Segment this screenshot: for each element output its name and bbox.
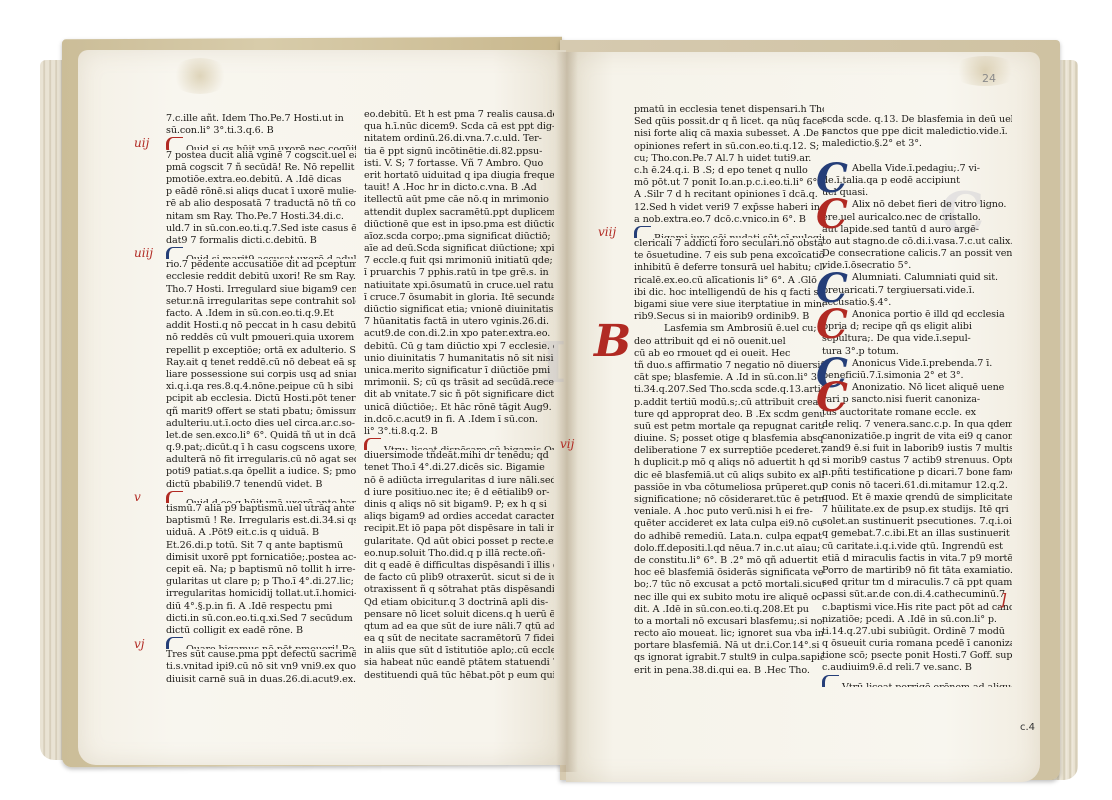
- text-line: Bigami iure cōi nudati sūt oī pulegio: [634, 226, 824, 238]
- text-line: qs ignorat igrabit.7 stult9 in culpa.sap…: [634, 652, 824, 664]
- text-line: passiōe in vba cōtumeliosa prūperet.qui: [634, 482, 824, 494]
- text-line: te ōsuetudine. 7 eis sub pena excoīcatiō…: [634, 250, 824, 262]
- text-line: rari p sancto.nisi fuerit canoniza-: [822, 394, 1012, 406]
- text-line: setur.nā irregularitas sepe contrahit so…: [166, 296, 356, 308]
- text-line-content: p conis nō taceri.61.di.mitamur 12.q.2.: [822, 480, 1008, 491]
- text-line-content: Et.26.di.p totū. Sit 7 q ante baptismū: [166, 540, 343, 551]
- text-line-content: d iure positiuo.nec ite; ē d eētialib9 o…: [364, 487, 549, 498]
- text-line-content: diū 4°.§.p.in fi. A .Idē respectu pmi: [166, 601, 332, 612]
- text-line: tismū.7 aliā p9 baptismū.uel utrāq ante: [166, 503, 356, 515]
- text-line-content: ea q sūt de necitate sacramētorū 7 fidei…: [364, 633, 554, 644]
- text-line: liare possessione sui corpis usq ad snia…: [166, 369, 356, 381]
- text-line: isti. V. S; 7 fortasse. Vñ 7 Ambro. Quo: [364, 158, 554, 170]
- text-line-content: sed qritur tm d miraculis.7 cā ppt quam: [822, 577, 1012, 588]
- text-line: qtum ad ea que sūt de iure nāli.7 qtū ad: [364, 621, 554, 633]
- text-line-content: cu; Tho.con.Pe.7 Al.7 h uidet tuti9.ar.: [634, 153, 811, 164]
- text-line-content: deo attribuit qd ei nō ouenit.uel: [634, 336, 786, 347]
- text-line-content: ecclesie reddit debitū uxori! Re sm Ray.: [166, 271, 356, 282]
- text-line-content: diūctionē que est in ipso.pma est diūcti…: [364, 219, 554, 230]
- margin-rubric-numeral: uiij: [134, 246, 153, 260]
- text-line-content: Alumniati. Calumniati quid sit.: [852, 272, 998, 283]
- text-line-content: setur.nā irregularitas sepe contrahit so…: [166, 296, 356, 307]
- text-line-content: Anonica portio ē illd qd ecclesia: [852, 309, 1005, 320]
- text-line: Vtru; liceat dispēsare cū bigamis.Quis: [364, 438, 554, 450]
- text-line: dictū pbabili9.7 tenendū videt. B: [166, 479, 356, 491]
- text-line-content: xi.q.i.qa res.8.q.4.nōne.peipue cū h sib…: [166, 381, 353, 392]
- text-line: Qd etiam obicitur.q 3 doctrinā apli dis-: [364, 597, 554, 609]
- painted-initial-red: [166, 491, 183, 503]
- text-line: ppria d; recipe qñ qs eligit alibi: [822, 321, 1012, 333]
- text-line: n.pñti testificatione p dicari.7 bone fa…: [822, 467, 1012, 479]
- gutter-shadow: [556, 52, 578, 772]
- text-line: canonizatiōe.p ingrit de vita ei9 q cano…: [822, 431, 1012, 443]
- text-line-content: ricalē.ex.eo.cū alīcationis li° 6°. A .G…: [634, 275, 817, 286]
- text-line-content: uiduā. A .Pōt9 eit.c.is q uiduā. B: [166, 527, 319, 538]
- text-line: nitatem ordinū.26.di.vna.7.c.uld. Ter-: [364, 133, 554, 145]
- text-line-content: to aut stagno.de cō.di.i.vasa.7.c.ut cal…: [822, 236, 1012, 247]
- text-line: d iure positiuo.nec ite; ē d eētialib9 o…: [364, 487, 554, 499]
- text-line-content: gularitate. Qd aūt obici posset p recte.…: [364, 536, 554, 547]
- text-line-content: etiā d miraculis factis in vita.7 p9 mor…: [822, 553, 1012, 564]
- text-line-content: c.audiuim9.ē.d reli.7 ve.sanc. B: [822, 662, 972, 673]
- text-line: tenet Tho.ī 4°.di.27.dicēs sic. Bigamie: [364, 462, 554, 474]
- text-line-content: c.baptismi vice.His rite pact pōt ad can…: [822, 602, 1012, 613]
- text-line-content: unica.merito significatur ī diūctiōe pmi: [364, 365, 550, 376]
- text-line-content: c.h ē.24.q.i. B .S; d epo tenet q nullo: [634, 165, 808, 176]
- text-line-content: gularitas ut clare p; p Tho.ī 4°.di.27.l…: [166, 576, 354, 587]
- text-line: uld.7 in sū.con.eo.ti.q.7.Sed iste casus…: [166, 223, 356, 235]
- text-line: p eādē rōnē.si aliqs ducat ī uxorē mulie…: [166, 186, 356, 198]
- text-line: 7.c.ille añt. Idem Tho.Pe.7 Hosti.ut in: [166, 113, 356, 125]
- text-line: tus auctoritate romane eccle. ex: [822, 407, 1012, 419]
- text-line: de constitu.li° 6°. B .2° mō qñ aduertit: [634, 555, 824, 567]
- text-line-content: unio diuinitatis 7 humanitatis nō sit ni…: [364, 353, 553, 364]
- text-line-content: dinis q aliqs nō sit bigam9. P; ex h q s…: [364, 499, 547, 510]
- text-line: Alumniati. Calumniati quid sit.: [822, 272, 1012, 284]
- large-painted-initial-red: C: [816, 378, 848, 418]
- text-line: sanctos que ppe dicit maledictio.vide.ī.: [822, 126, 1012, 138]
- text-line: Alix nō debet fieri de vitro ligno.: [822, 199, 1012, 211]
- text-line-content: nitam sm Ray. Tho.Pe.7 Hosti.34.di.c.: [166, 211, 344, 222]
- text-line-content: qs ignorat igrabit.7 stult9 in culpa.sap…: [634, 652, 824, 663]
- text-line-content: te ōsuetudine. 7 eis sub pena excoīcatiō…: [634, 250, 824, 261]
- text-line-content: sū.con.li° 3°.ti.3.q.6. B: [166, 125, 274, 136]
- text-line: diūctio significat etia; vnionē diuinita…: [364, 304, 554, 316]
- text-line: bo;.7 tūc nō excusat a pctō mortali.sicu…: [634, 579, 824, 591]
- text-line: adulteriu.ut.ī.octo dies uel circa.ar.c.…: [166, 418, 356, 430]
- text-line-content: 7 postea ducit aliā vginē 7 cogscit.uel …: [166, 150, 356, 161]
- text-line: accusatio.§.4°.: [822, 297, 1012, 309]
- text-line: otraxissent ñ q sōtrahat ptās dispēsandi…: [364, 584, 554, 596]
- text-line: q gemebat.7.c.ibi.Et an illas sustinueri…: [822, 528, 1012, 540]
- text-line-content: sia habeat nūc eandē ptātem statuendi 7: [364, 657, 554, 668]
- margin-rubric-numeral: vj: [134, 637, 145, 651]
- text-line-content: cū ab eo rmouet qd ei oueit. Hec: [634, 348, 790, 359]
- painted-initial-blue: [166, 247, 183, 259]
- text-line-content: in.dcō.c.acut9 in fi. A .Idem ī sū.con.: [364, 414, 538, 425]
- text-line-content: mō pōt.ut 7 ponit Io.an.p.c.i.eo.ti.li° …: [634, 177, 820, 188]
- text-line: ti.34.q.207.Sed Tho.scda scde.q.13.arti°: [634, 384, 824, 396]
- text-line-content: quod. Et ē maxie qrendū de simplicitate: [822, 492, 1012, 503]
- text-line: unicā diūctiōe;. Et hāc rōnē tāgit Aug9.: [364, 402, 554, 414]
- text-line-content: diuine. S; posset otige q blasfemia absq: [634, 433, 823, 444]
- text-line: dit. A .Idē in sū.con.eo.ti.q.208.Et pu: [634, 604, 824, 616]
- text-line: ture qd approprat deo. B .Ex scdm genus: [634, 409, 824, 421]
- text-line: mrimonii. S; cū qs trāsit ad secūdā.rece…: [364, 377, 554, 389]
- margin-rubric-numeral: v: [134, 490, 141, 504]
- text-line: c.h ē.24.q.i. B .S; d epo tenet q nullo: [634, 165, 824, 177]
- text-line: beneficiū.7.ī.simonia 2° et 3°.: [822, 370, 1012, 382]
- text-line-content: do adhibē remediū. Lata.n. culpa eqpat: [634, 531, 822, 542]
- text-line-content: Anonizatio. Nō licet aliquē uene: [852, 382, 1004, 393]
- text-line: [822, 151, 1012, 163]
- text-line-content: eo.nup.soluit Tho.did.q p illā recte.oñ-: [364, 548, 545, 559]
- text-line: scda scde. q.13. De blasfemia in deū uel…: [822, 114, 1012, 126]
- text-line-content: natiuitate xpi.ōsumatū in cruce.uel ratu…: [364, 280, 554, 291]
- text-line-content: qtum ad ea que sūt de iure nāli.7 qtū ad: [364, 621, 554, 632]
- text-line-content: isti. V. S; 7 fortasse. Vñ 7 Ambro. Quo: [364, 158, 543, 169]
- text-line: Ray.ait q tenet reddē.cū nō debeat eā sp…: [166, 357, 356, 369]
- text-line: 7 hūilitate.ex de psup.ex studijs. Itē q…: [822, 504, 1012, 516]
- text-line-content: veniale. A .hoc puto verū.nisi h ei fre-: [634, 506, 813, 517]
- text-line: unio diuinitatis 7 humanitatis nō sit ni…: [364, 353, 554, 365]
- text-line-content: ti.34.q.207.Sed Tho.scda scde.q.13.arti°: [634, 384, 824, 395]
- text-line: nisi forte aliq cā maxia subesset. A .De…: [634, 128, 824, 140]
- text-line: veniale. A .hoc puto verū.nisi h ei fre-: [634, 506, 824, 518]
- text-line: in aliis que sūt d īstitutiōe aplo;.cū e…: [364, 645, 554, 657]
- text-line: aīoz.scda corpo;.pma significat diūctiō;: [364, 231, 554, 243]
- text-line-content: li° 3°.ti.8.q.2. B: [364, 426, 438, 437]
- text-line: ī pruarchis 7 pphis.ratū in tpe grē.s. i…: [364, 267, 554, 279]
- text-line-content: 7 hūilitate.ex de psup.ex studijs. Itē q…: [822, 504, 1009, 515]
- text-line-content: passi sūt.ar.de con.di.4.cathecuminū.7: [822, 589, 1005, 600]
- signature-mark: c.4: [1020, 722, 1035, 733]
- text-line: baptismū ! Re. Irregularis est.di.34.si …: [166, 515, 356, 527]
- text-line: dolo.ff.depositi.l.qd nēua.7 in.c.ut aīa…: [634, 543, 824, 555]
- text-line: nizatiōe; pcedi. A .Idē in sū.con.li° p.: [822, 614, 1012, 626]
- text-line-content: 7 hūanitatis factā in utero vginis.26.di…: [364, 316, 549, 327]
- text-line: passi sūt.ar.de con.di.4.cathecuminū.7: [822, 589, 1012, 601]
- text-line: maledictio.§.2° et 3°.: [822, 138, 1012, 150]
- text-line: facto. A .Idem in sū.con.eo.ti.q.9.Et: [166, 308, 356, 320]
- text-line-content: qua h.ī.nūc dicem9. Scda cā est ppt dig-: [364, 121, 554, 132]
- text-line-content: debitū. Cū g tam diūctio xpi 7 ecclesie.…: [364, 341, 554, 352]
- text-line: to aut stagno.de cō.di.i.vasa.7.c.ut cal…: [822, 236, 1012, 248]
- text-line-content: deliberatione 7 ex surreptiōe pcederet.7: [634, 445, 824, 456]
- text-line-content: aīoz.scda corpo;.pma significat diūctiō;: [364, 231, 551, 242]
- text-line: sū.con.li° 3°.ti.3.q.6. B: [166, 125, 356, 137]
- text-line-content: quēter accideret ex lata culpa ei9.nō cu…: [634, 518, 824, 529]
- text-line-content: aīe ad deū.Scda significat diūctione; xp…: [364, 243, 554, 254]
- text-line: erit in pena.38.di.qui ea. B .Hec Tho.: [634, 665, 824, 677]
- text-line-content: Tres sūt cause.pma ppt defectū sacrimē-: [166, 649, 356, 660]
- text-line: sia habeat nūc eandē ptātem statuendi 7: [364, 657, 554, 669]
- text-line: Tho.7 Hosti. Irregulard siue bigam9 cen-: [166, 284, 356, 296]
- text-line: opiniones refert in sū.con.eo.ti.q.12. S…: [634, 141, 824, 153]
- text-line: ibi dic. hoc intelligendū de his q facti…: [634, 287, 824, 299]
- text-line: quod. Et ē maxie qrendū de simplicitate: [822, 492, 1012, 504]
- text-line: aut lapide.sed tantū d auro argē-: [822, 224, 1012, 236]
- text-line: Quid si marit9 accusat uxorē d adulte-: [166, 247, 356, 259]
- text-line-content: maledictio.§.2° et 3°.: [822, 138, 922, 149]
- text-line-content: nitatem ordinū.26.di.vna.7.c.uld. Ter-: [364, 133, 542, 144]
- text-line: acut9.de con.di.2.in xpo pater.extra.eo.: [364, 328, 554, 340]
- text-line-content: Tho.7 Hosti. Irregulard siue bigam9 cen-: [166, 284, 356, 295]
- text-line: rib9.Secus si in maiorib9 ordinib9. B: [634, 311, 824, 323]
- text-line-content: cāt spe; blasfemie. A .Id in sū.con.li° …: [634, 372, 824, 383]
- text-line: dic eē blasfemiā.ut cū aliqs subito ex a…: [634, 470, 824, 482]
- text-line-content: tauit! A .Hoc hr in dicto.c.vna. B .Ad: [364, 182, 537, 193]
- text-line: tura 3°.p totum.: [822, 346, 1012, 358]
- text-line: quēter accideret ex lata culpa ei9.nō cu…: [634, 518, 824, 530]
- painted-initial-blue: [822, 675, 839, 687]
- text-line-content: dictū pbabili9.7 tenendū videt. B: [166, 479, 322, 490]
- text-line: repellit p exceptiōe; ortā ex adulterio.…: [166, 345, 356, 357]
- text-line: dicti.in sū.con.eo.ti.q.xi.Sed 7 secūdum: [166, 613, 356, 625]
- text-line: portare blasfemiā. Nā ut dr.i.Cor.14°.si: [634, 640, 824, 652]
- left-page-column-2: eo.debitū. Et h est pma 7 realis causa.d…: [364, 109, 554, 682]
- text-line: dinis q aliqs nō sit bigam9. P; ex h q s…: [364, 499, 554, 511]
- text-line-content: qñ marit9 offert se stati pbatu; ōmissum: [166, 406, 356, 417]
- text-line: qua h.ī.nūc dicem9. Scda cā est ppt dig-: [364, 121, 554, 133]
- folio-number-pencil: 24: [982, 72, 996, 85]
- text-line-content: dic eē blasfemiā.ut cū aliqs subito ex a…: [634, 470, 824, 481]
- text-line: li° 3°.ti.8.q.2. B: [364, 426, 554, 438]
- text-line-content: diuisit carnē suā in duas.26.di.acut9.ex…: [166, 674, 356, 685]
- large-painted-initial-red: C: [816, 195, 848, 235]
- text-line: p conis nō taceri.61.di.mitamur 12.q.2.: [822, 480, 1012, 492]
- text-line-content: q gemebat.7.c.ibi.Et an illas sustinueri…: [822, 528, 1010, 539]
- text-line: diūctionē que est in ipso.pma est diūcti…: [364, 219, 554, 231]
- large-painted-initial-red: B: [594, 320, 631, 364]
- text-line-content: passiōe in vba cōtumeliosa prūperet.qui: [634, 482, 824, 493]
- text-line-content: ī cruce.7 ōsumabit in gloria. Itē secund…: [364, 292, 554, 303]
- text-line-content: let.de sen.exco.li° 6°. Quidā tñ ut in d…: [166, 430, 356, 441]
- text-line-content: A .Silr 7 d h recitant opiniones ī dcā.q…: [634, 189, 818, 200]
- text-line-content: itellectū aūt pme cāe nō.q in mrimonio: [364, 194, 549, 205]
- right-page-column-2: scda scde. q.13. De blasfemia in deū uel…: [822, 114, 1012, 687]
- text-line-content: bo;.7 tūc nō excusat a pctō mortali.sicu…: [634, 579, 824, 590]
- painted-initial-blue: [166, 637, 183, 649]
- text-line: q.9.pat;.dicūt.q ī h casu cogscens uxore…: [166, 442, 356, 454]
- text-line-content: erit hortatō uiduitad q ipa diugia frequ…: [364, 170, 554, 181]
- text-line: diū 4°.§.p.in fi. A .Idē respectu pmi: [166, 601, 356, 613]
- text-line-content: p.addit tertiū modū.s;.cū attribuit crea…: [634, 397, 821, 408]
- text-line: bigami siue vere siue iterptatiue in min…: [634, 299, 824, 311]
- text-line: c.baptismi vice.His rite pact pōt ad can…: [822, 602, 1012, 614]
- text-line-content: tismū.7 aliā p9 baptismū.uel utrāq ante: [166, 503, 354, 514]
- text-line: pmā cogscit 7 ñ secūdā! Re. Nō repellit …: [166, 162, 356, 174]
- right-page-column-1: pmatū in ecclesia tenet dispensari.h Tho…: [634, 104, 824, 677]
- text-line: si morib9 castus 7 actib9 strenuus. Opte…: [822, 455, 1012, 467]
- text-line-content: irregularitas homicidij tollat.ut.ī.homi…: [166, 588, 356, 599]
- text-line: aliqs bigam9 ad ordies accedat caracterē: [364, 511, 554, 523]
- text-line: Et.26.di.p totū. Sit 7 q ante baptismū: [166, 540, 356, 552]
- text-line: significatione; nō cōsideraret.tūc ē pet…: [634, 494, 824, 506]
- text-line-content: rio.7 pēdente accusatiōe dit ad pceptum: [166, 259, 356, 270]
- text-line: uiduā. A .Pōt9 eit.c.is q uiduā. B: [166, 527, 356, 539]
- text-line-content: repellit p exceptiōe; ortā ex adulterio.…: [166, 345, 356, 356]
- painted-initial-red: [364, 438, 381, 450]
- text-line: nō reddēs cū vult pmoueri.quia uxorem: [166, 332, 356, 344]
- text-line-content: diuersimode tñdeāt.mihi dr tenēdu; qd: [364, 450, 549, 461]
- text-line: nec ille qui ex subito motu ire aliquē o…: [634, 592, 824, 604]
- text-line-content: 7 eccle.q fuit qsi mrimoniū initiatū qde…: [364, 255, 553, 266]
- text-line-content: adulterā nō fit irregularis.cū nō agat s…: [166, 454, 356, 465]
- text-line: Porro de martirib9 nō fit tāta examiatio…: [822, 565, 1012, 577]
- text-line: in.dcō.c.acut9 in fi. A .Idem ī sū.con.: [364, 414, 554, 426]
- text-line-content: ti.14.q.27.ubi subiūgit. Ordinē 7 modū: [822, 626, 1005, 637]
- text-line-content: cū caritate.i.q.i.vide qtū. Ingrendū est: [822, 541, 1003, 552]
- text-line: ricalē.ex.eo.cū alīcationis li° 6°. A .G…: [634, 275, 824, 287]
- text-line: tia ē ppt signū incōtinētie.di.82.ppsu-: [364, 146, 554, 158]
- text-line: a nob.extra.eo.7 dcō.c.vnico.in 6°. B: [634, 214, 824, 226]
- text-line: cū ab eo rmouet qd ei oueit. Hec: [634, 348, 824, 360]
- text-line: erit hortatō uiduitad q ipa diugia frequ…: [364, 170, 554, 182]
- text-line: diuisit carnē suā in duas.26.di.acut9.ex…: [166, 674, 356, 686]
- text-line-content: Ray.ait q tenet reddē.cū nō debeat eā sp…: [166, 357, 356, 368]
- text-line-content: Porro de martirib9 nō fit tāta examiatio…: [822, 565, 1012, 576]
- text-line: aīe ad deū.Scda significat diūctione; xp…: [364, 243, 554, 255]
- text-line-content: pensare nō licet soluit dicens.q h uerū …: [364, 609, 554, 620]
- text-line: clericali 7 addicti foro seculari.nō obs…: [634, 238, 824, 250]
- text-line-content: si morib9 castus 7 actib9 strenuus. Opte…: [822, 455, 1012, 466]
- text-line-content: dit ab vnitate.7 sic ñ pōt significare d…: [364, 389, 554, 400]
- text-line: cū caritate.i.q.i.vide qtū. Ingrendū est: [822, 541, 1012, 553]
- text-line-content: opiniones refert in sū.con.eo.ti.q.12. S…: [634, 141, 819, 152]
- text-line-content: dimisit uxorē ppt fornicatiōe;.postea ac…: [166, 552, 356, 563]
- text-line-content: nō reddēs cū vult pmoueri.quia uxorem: [166, 332, 354, 343]
- text-line-content: pcipit ab ecclesia. Dictū Hosti.pōt tene…: [166, 393, 356, 404]
- text-line-content: nec ille qui ex subito motu ire aliquē o…: [634, 592, 824, 603]
- text-line: 7 eccle.q fuit qsi mrimoniū initiatū qde…: [364, 255, 554, 267]
- text-line-content: ī pruarchis 7 pphis.ratū in tpe grē.s. i…: [364, 267, 549, 278]
- text-line-content: poti9 patiat.s.qa ōpellit a iudice. S; p…: [166, 466, 356, 477]
- text-line-content: tione scō; psecte ponit Hosti.7 Goff. su…: [822, 650, 1012, 661]
- text-line: gularitas ut clare p; p Tho.ī 4°.di.27.l…: [166, 576, 356, 588]
- text-line-content: nizatiōe; pcedi. A .Idē in sū.con.li° p.: [822, 614, 997, 625]
- text-line-content: otraxissent ñ q sōtrahat ptās dispēsandi…: [364, 584, 554, 595]
- text-line: nō ē adiūcta irregularitas d iure nāli.s…: [364, 475, 554, 487]
- painted-initial-red: [166, 137, 183, 149]
- large-painted-initial-red: C: [816, 305, 848, 345]
- text-line: tauit! A .Hoc hr in dicto.c.vna. B .Ad: [364, 182, 554, 194]
- text-line-content: dit q eadē ē difficultas dispēsandi ī il…: [364, 560, 554, 571]
- text-line-content: cepit eā. Na; p baptismū nō tollit h irr…: [166, 564, 355, 575]
- text-line: pmotiōe.extra.eo.debitū. A .Idē dicas: [166, 174, 356, 186]
- text-line-content: hoc eē blasfemiā ōsiderās significata ve…: [634, 567, 824, 578]
- text-line: debitū. Cū g tam diūctio xpi 7 ecclesie.…: [364, 341, 554, 353]
- text-line: addit Hosti.q nō peccat in h casu debitū: [166, 320, 356, 332]
- text-line: de reliq. 7 venera.sanc.c.p. In qua qdem: [822, 419, 1012, 431]
- text-line: Anonizatio. Nō licet aliquē uene: [822, 382, 1012, 394]
- text-line-content: de reliq. 7 venera.sanc.c.p. In qua qdem: [822, 419, 1012, 430]
- text-line-content: q.9.pat;.dicūt.q ī h casu cogscens uxore…: [166, 442, 356, 453]
- text-line: recipit.Et iō papa pōt dispēsare in tali…: [364, 523, 554, 535]
- text-line: q ōsueuit curia romana pcedē ī canoniza-: [822, 638, 1012, 650]
- text-line: dit ab vnitate.7 sic ñ pōt significare d…: [364, 389, 554, 401]
- text-line: qñ marit9 offert se stati pbatu; ōmissum: [166, 406, 356, 418]
- text-line: deo attribuit qd ei nō ouenit.uel: [634, 336, 824, 348]
- text-line: ea q sūt de necitate sacramētorū 7 fidei…: [364, 633, 554, 645]
- text-line: do adhibē remediū. Lata.n. culpa eqpat: [634, 531, 824, 543]
- text-line-content: significatione; nō cōsideraret.tūc ē pet…: [634, 494, 824, 505]
- text-line: natiuitate xpi.ōsumatū in cruce.uel ratu…: [364, 280, 554, 292]
- text-line-content: solet.an sustinuerit psecutiones. 7.q.i.…: [822, 516, 1012, 527]
- text-line-content: inhibitū ē deferre tonsurā uel habitu; c…: [634, 262, 824, 273]
- text-line: sepultura;. De qua vide.ī.sepul-: [822, 333, 1012, 345]
- text-line-content: adulteriu.ut.ī.octo dies uel circa.ar.c.…: [166, 418, 355, 429]
- text-line: poti9 patiat.s.qa ōpellit a iudice. S; p…: [166, 466, 356, 478]
- text-line: recto aīo moueat. lic; ignoret sua vba i…: [634, 628, 824, 640]
- text-line: destituendi quā tūc hēbat.pōt p eum qui: [364, 670, 554, 682]
- text-line-content: ibi dic. hoc intelligendū de his q facti…: [634, 287, 824, 298]
- text-line-content: zand9 ē.si fuit in laborib9 iustis 7 mul…: [822, 443, 1012, 454]
- text-line-content: facto. A .Idem in sū.con.eo.ti.q.9.Et: [166, 308, 334, 319]
- text-line: dimisit uxorē ppt fornicatiōe;.postea ac…: [166, 552, 356, 564]
- text-line-content: 7.c.ille añt. Idem Tho.Pe.7 Hosti.ut in: [166, 113, 344, 124]
- text-line-content: uld.7 in sū.con.eo.ti.q.7.Sed iste casus…: [166, 223, 356, 234]
- text-line-content: de constitu.li° 6°. B .2° mō qñ aduertit: [634, 555, 818, 566]
- text-line-content: nisi forte aliq cā maxia subesset. A .De…: [634, 128, 824, 139]
- text-line: hoc eē blasfemiā ōsiderās significata ve…: [634, 567, 824, 579]
- text-line: zand9 ē.si fuit in laborib9 iustis 7 mul…: [822, 443, 1012, 455]
- text-line-content: Abella Vide.ī.pedagiu;.7 vi-: [852, 163, 980, 174]
- text-line-content: dolo.ff.depositi.l.qd nēua.7 in.c.ut aīa…: [634, 543, 820, 554]
- text-line: ti.14.q.27.ubi subiūgit. Ordinē 7 modū: [822, 626, 1012, 638]
- text-line-content: nō ē adiūcta irregularitas d iure nāli.s…: [364, 475, 554, 486]
- text-line-content: dat9 7 formalis dicti.c.debitū. B: [166, 235, 317, 246]
- text-line: Abella Vide.ī.pedagiu;.7 vi-: [822, 163, 1012, 175]
- text-line-content: rē ab alio desposatā 7 traductā nō tñ co…: [166, 198, 356, 209]
- text-line: de facto cū plib9 otraxerūt. sicut si de…: [364, 572, 554, 584]
- text-line-content: De consecratione calicis.7 an possit ven…: [822, 248, 1012, 259]
- text-line: ti.s.vnitad ipi9.cū nō sit vn9 vni9.ex q…: [166, 661, 356, 673]
- text-line: 12.Sed h videt veri9 7 exp̄sse haberi in…: [634, 202, 824, 214]
- text-line: vide.ī.ōsecratio 5°.: [822, 260, 1012, 272]
- text-line-content: de facto cū plib9 otraxerūt. sicut si de…: [364, 572, 554, 583]
- text-line: Lasfemia sm Ambrosiū ē.uel cu;: [634, 323, 824, 335]
- text-line: ere.uel auricalco.nec de cristallo.: [822, 212, 1012, 224]
- text-line-content: ti.s.vnitad ipi9.cū nō sit vn9 vni9.ex q…: [166, 661, 356, 672]
- left-page-column-1: 7.c.ille añt. Idem Tho.Pe.7 Hosti.ut ins…: [166, 113, 356, 686]
- text-line: c.audiuim9.ē.d reli.7 ve.sanc. B: [822, 662, 1012, 674]
- text-line: attendit duplex sacramētū.ppt duplicem: [364, 207, 554, 219]
- text-line: pensare nō licet soluit dicens.q h uerū …: [364, 609, 554, 621]
- text-line-content: clericali 7 addicti foro seculari.nō obs…: [634, 238, 824, 249]
- text-line: ī cruce.7 ōsumabit in gloria. Itē secund…: [364, 292, 554, 304]
- text-line: gularitate. Qd aūt obici posset p recte.…: [364, 536, 554, 548]
- text-line: deliberatione 7 ex surreptiōe pcederet.7: [634, 445, 824, 457]
- text-line-content: attendit duplex sacramētū.ppt duplicem: [364, 207, 554, 218]
- text-line: irregularitas homicidij tollat.ut.ī.homi…: [166, 588, 356, 600]
- text-line-content: 12.Sed h videt veri9 7 exp̄sse haberi in…: [634, 202, 824, 213]
- text-line-content: pmotiōe.extra.eo.debitū. A .Idē dicas: [166, 174, 341, 185]
- text-line: Quid si qs hūit vnā uxorē nec cogūit.: [166, 137, 356, 149]
- text-line: Sed qūis possit.dr q ñ licet. qa nūq fac…: [634, 116, 824, 128]
- text-line-content: recto aīo moueat. lic; ignoret sua vba i…: [634, 628, 824, 639]
- text-line-content: tñ duo.s affirmatio 7 negatio nō diuersi…: [634, 360, 824, 371]
- text-line-content: bigami siue vere siue iterptatiue in min…: [634, 299, 824, 310]
- text-line-content: eo.debitū. Et h est pma 7 realis causa.d…: [364, 109, 554, 120]
- text-line-content: to a mortali nō excusari blasfemu;.si no…: [634, 616, 824, 627]
- text-line: solet.an sustinuerit psecutiones. 7.q.i.…: [822, 516, 1012, 528]
- text-line-content: canonizatiōe.p ingrit de vita ei9 q cano…: [822, 431, 1012, 442]
- text-line-content: tenet Tho.ī 4°.di.27.dicēs sic. Bigamie: [364, 462, 545, 473]
- text-line: cepit eā. Na; p baptismū nō tollit h irr…: [166, 564, 356, 576]
- text-line-content: dit. A .Idē in sū.con.eo.ti.q.208.Et pu: [634, 604, 809, 615]
- text-line-content: mrimonii. S; cū qs trāsit ad secūdā.rece…: [364, 377, 554, 388]
